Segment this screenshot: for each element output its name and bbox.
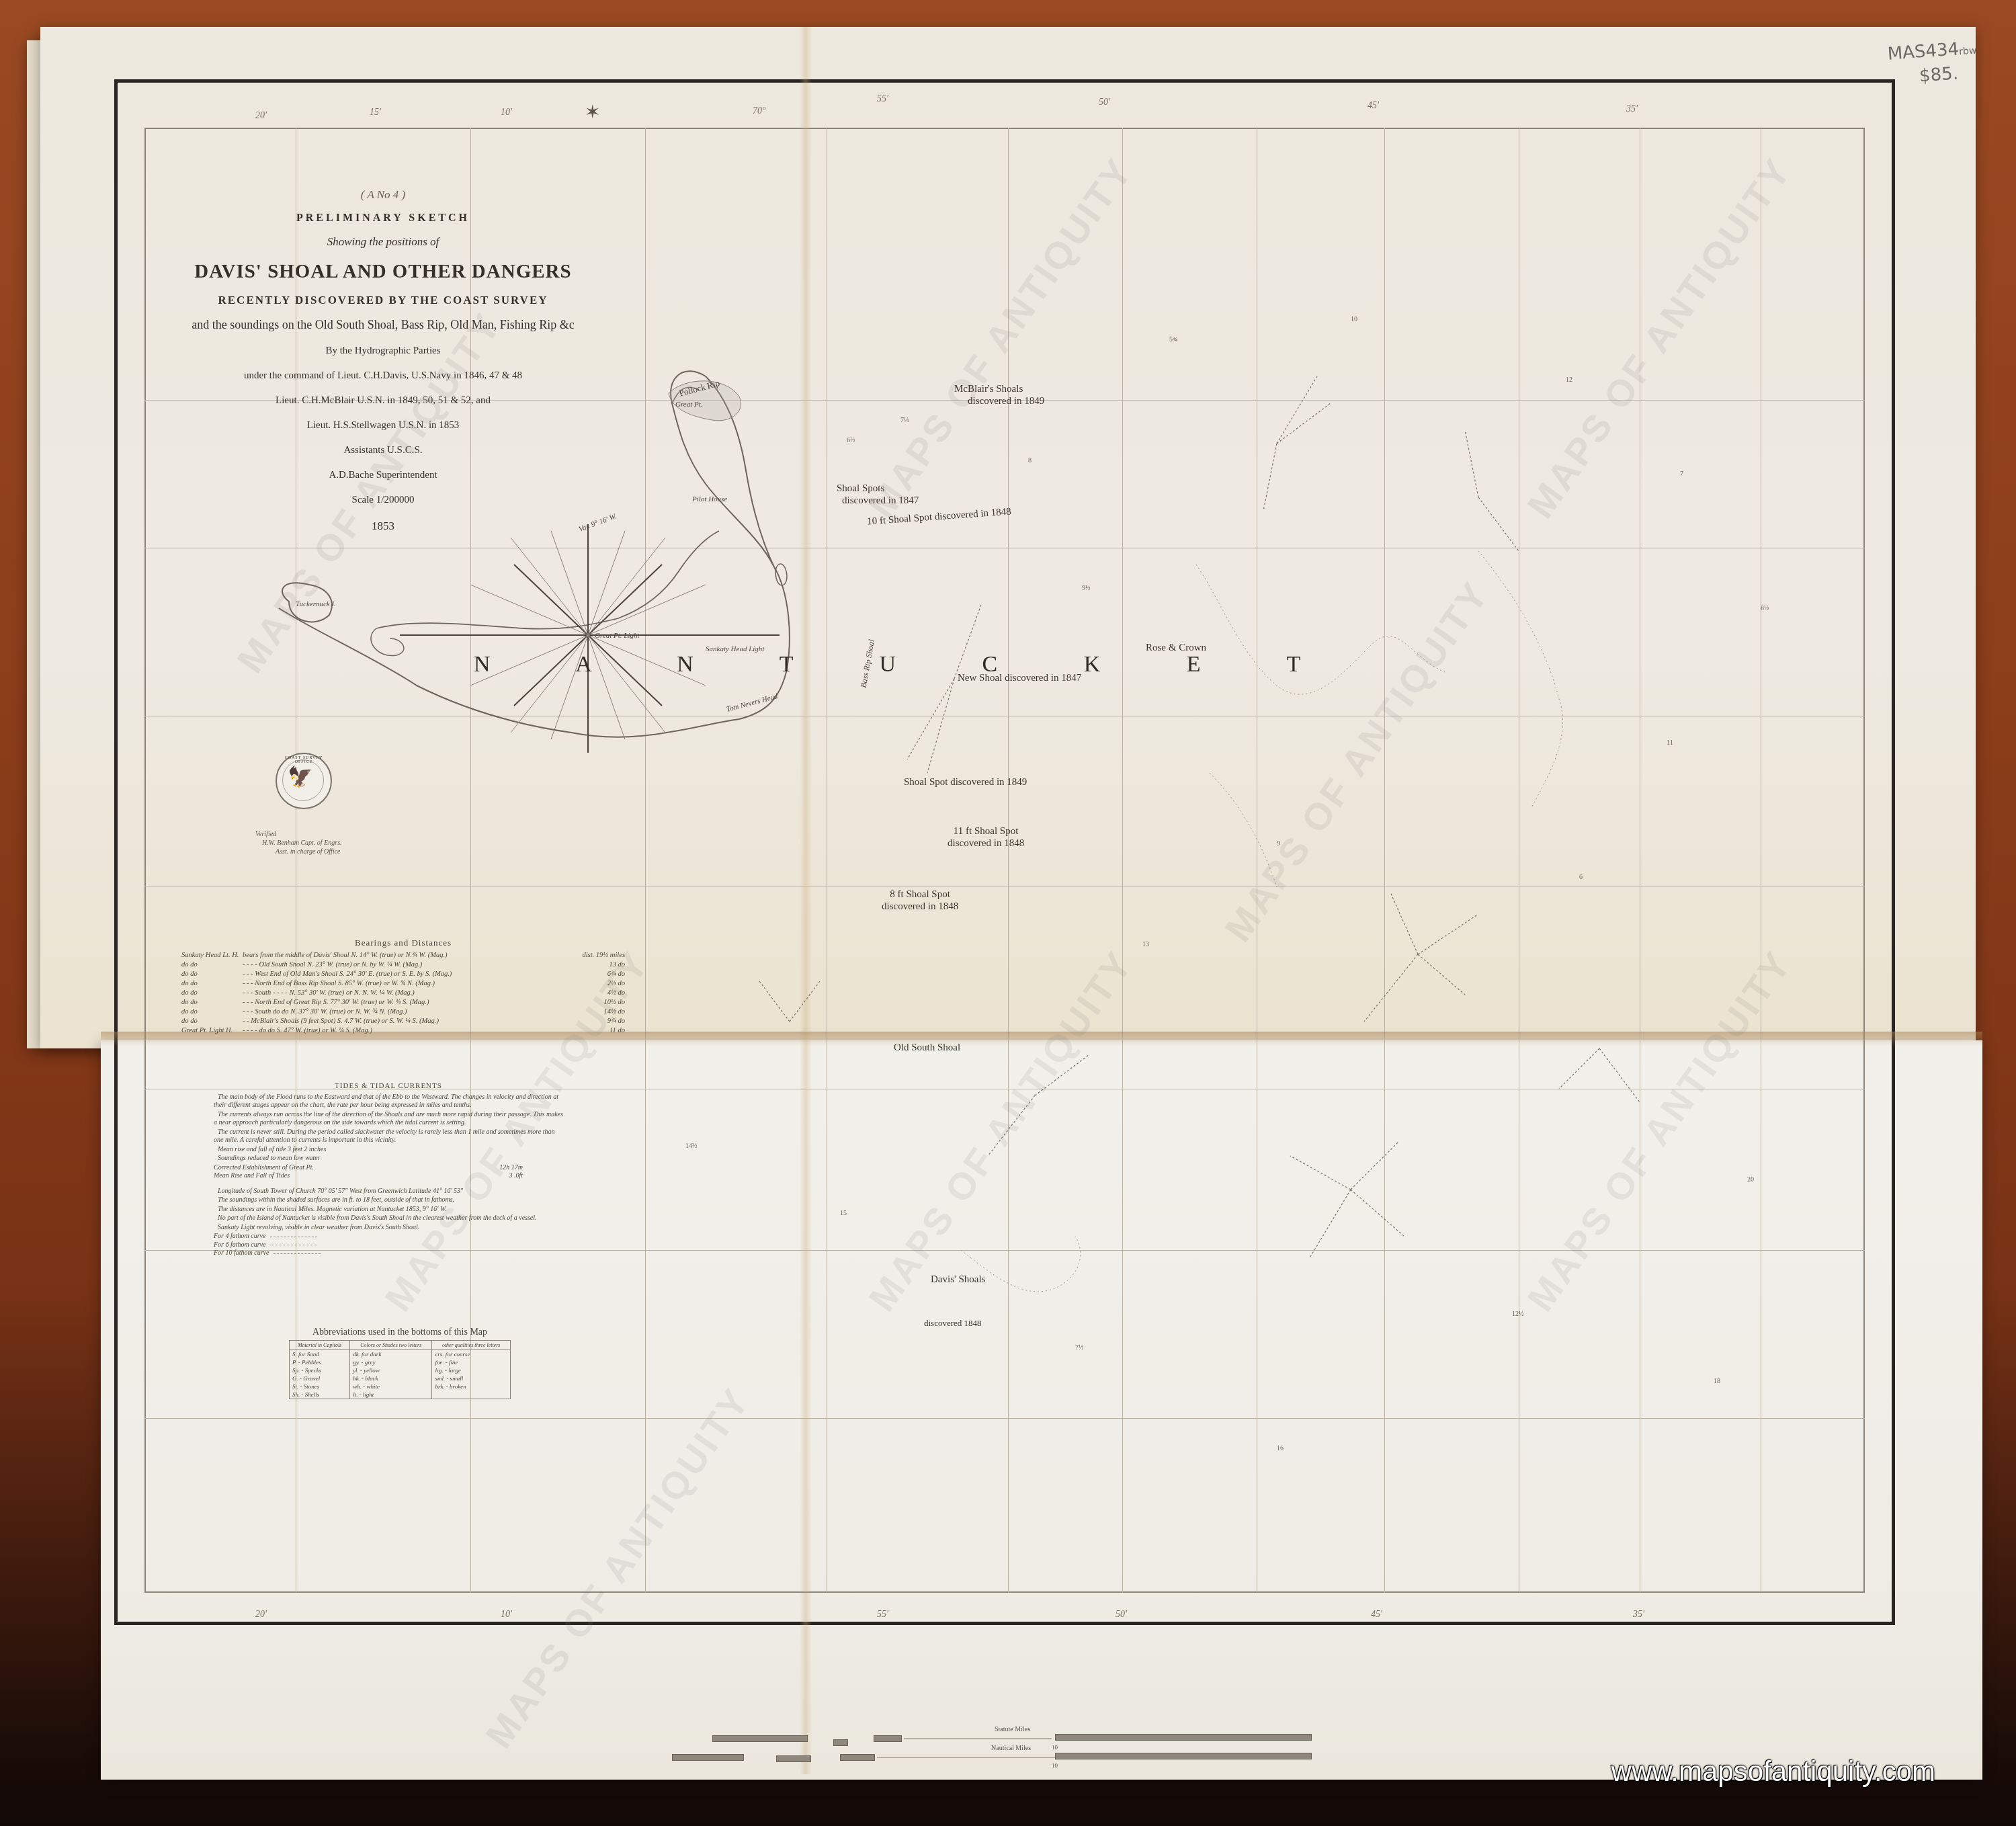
tides-mean-rise: Mean rise and fall of tide 3 feet 2 inch… [214,1146,563,1155]
label-davis-shoals-discovered: discovered 1848 [924,1317,982,1329]
nautical-scale-bar-long [1055,1753,1312,1759]
bearings-row: do do- - - North End of Bass Rip Shoal S… [181,979,625,989]
bearings-row: Great Pt. Light H.- - - - do do S. 47° W… [181,1026,625,1036]
parallel-line [144,716,1865,716]
nautical-scale-segment [776,1755,811,1762]
nautical-scale-segment [840,1754,875,1761]
depth-sounding: 12 [1566,376,1572,384]
tides-note: Longitude of South Tower of Church 70° 0… [214,1188,563,1196]
depth-sounding: 16 [1277,1445,1284,1452]
nautical-scale-line [877,1757,1055,1758]
title-recently: RECENTLY DISCOVERED BY THE COAST SURVEY [144,294,622,307]
label-old-south-shoal: Old South Shoal [894,1042,960,1054]
coast-survey-seal: COAST SURVEY OFFICE 🦅 [276,753,332,809]
abbr-row: Sp. - Specksyl. - yellowlrg. - large [290,1366,511,1374]
top-tick-label: 15' [370,108,381,118]
place-tuckernuck: Tuckernuck I. [296,600,336,608]
bearings-row: do do- - - West End of Old Man's Shoal S… [181,970,625,979]
depth-sounding: 10 [1351,316,1357,323]
place-pilot-house: Pilot House [692,495,727,503]
depth-sounding: 6 [1579,874,1583,881]
abbr-header: Material in Capitals [290,1341,350,1350]
seal-text: COAST SURVEY OFFICE [277,756,331,764]
top-tick-label: 50' [1099,97,1110,108]
top-tick-label: 70° [753,106,766,117]
chart-reference-number: ( A No 4 ) [144,188,622,202]
statute-miles-label: Statute Miles [995,1726,1030,1733]
depth-sounding: 8½ [1761,605,1769,612]
title-showing: Showing the positions of [144,235,622,249]
depth-sounding: 9½ [1082,585,1091,592]
legend-6-fathom-curve: For 6 fathom curve [214,1241,563,1250]
tides-paragraph: The currents always run across the line … [214,1111,563,1128]
legend-4-fathom-curve: For 4 fathom curve [214,1233,563,1241]
label-shoal-spot-1849: Shoal Spot discovered in 1849 [904,776,1027,788]
bearings-row: do do- - - South do do N. 37° 30' W. (tr… [181,1007,625,1017]
meridian-line [1257,128,1257,1593]
parallel-line [144,1418,1865,1419]
top-tick-label: 20' [255,111,267,122]
bearings-title: Bearings and Distances [181,938,625,948]
bearings-row: Sankaty Head Lt. H.bears from the middle… [181,951,625,960]
label-rose-crown: Rose & Crown [1146,642,1206,654]
top-tick-label: 55' [877,94,888,105]
pencil-price: $85. [1888,63,1959,88]
island-name-nantucket: N A N T U C K E T [474,652,1341,677]
place-great-pt-light: Great Pt. Light [595,632,640,640]
tides-note: No part of the Island of Nantucket is vi… [214,1214,563,1223]
parallel-line [144,548,1865,548]
meridian-line [645,128,646,1593]
meridian-line [1761,128,1761,1593]
bottom-tick-label: 50' [1116,1610,1127,1620]
depth-sounding: 14½ [685,1143,698,1150]
label-8ft-shoal: 8 ft Shoal Spotdiscovered in 1848 [882,888,958,913]
nautical-scale-bar [672,1754,744,1761]
meridian-line [1122,128,1123,1593]
place-great-point-light: Great Pt. [675,401,703,409]
top-tick-label: 45' [1368,101,1379,112]
title-preliminary: PRELIMINARY SKETCH [144,212,622,224]
depth-sounding: 7¼ [900,417,909,424]
title-command-davis: under the command of Lieut. C.H.Davis, U… [144,370,622,382]
title-year: 1853 [144,520,622,533]
nautical-scale-end: 10 [1052,1762,1058,1769]
bearings-row: do do- - - North End of Great Rip S. 77°… [181,998,625,1007]
tides-soundings-reduced: Soundings reduced to mean low water [214,1155,563,1163]
abbr-row: St. - Stoneswh. - whitebrk. - broken [290,1382,511,1391]
statute-scale-segment [833,1739,848,1746]
top-tick-label: 10' [501,108,512,118]
depth-sounding: 5¾ [1169,336,1178,343]
parallel-line [144,886,1865,886]
meridian-line [1519,128,1519,1593]
nautical-miles-label: Nautical Miles [991,1745,1031,1752]
depth-sounding: 9 [1277,840,1280,847]
label-davis-shoals: Davis' Shoals [931,1274,985,1286]
abbr-row: P. - Pebblesgy. - greyfne. - fine [290,1358,511,1366]
pencil-inventory-note: MAS434rbw $85. [1887,37,1979,89]
bottom-tick-label: 10' [501,1610,512,1620]
depth-sounding: 20 [1747,1176,1754,1184]
title-soundings: and the soundings on the Old South Shoal… [144,318,622,332]
abbr-header: Colors or Shades two letters [350,1341,432,1350]
star-marker-icon: ✶ [585,101,600,124]
meridian-line [1640,128,1640,1593]
depth-sounding: 8 [1028,457,1032,464]
depth-sounding: 13 [1142,941,1149,948]
abbr-header: other qualities three letters [432,1341,511,1350]
abbr-row: S. for Sanddk. for darkcrs. for coarse [290,1350,511,1359]
title-command-stellwagen: Lieut. H.S.Stellwagen U.S.N. in 1853 [144,420,622,431]
bottom-tick-label: 20' [255,1610,267,1620]
depth-sounding: 18 [1714,1378,1720,1385]
bearings-table: Bearings and Distances Sankaty Head Lt. … [181,938,625,1036]
bearings-row: do do- - McBlair's Shoals (9 feet Spot) … [181,1017,625,1026]
abbr-row: G. - Gravelbk. - blacksml. - small [290,1374,511,1382]
statute-scale-line [904,1738,1052,1739]
title-superintendent: A.D.Bache Superintendent [144,470,622,481]
title-scale: Scale 1/200000 [144,495,622,506]
bottom-tick-label: 35' [1633,1610,1644,1620]
meridian-line [1008,128,1009,1593]
site-url-watermark: www.mapsofantiquity.com [1611,1755,1935,1788]
legend-10-fathom-curve: For 10 fathom curve [214,1249,563,1258]
label-11ft-shoal: 11 ft Shoal Spotdiscovered in 1848 [948,825,1024,849]
tides-paragraph: The main body of the Flood runs to the E… [214,1093,563,1110]
bearings-row: do do- - - - Old South Shoal N. 23° W. (… [181,960,625,970]
vertical-fold [800,27,812,1774]
depth-sounding: 7 [1680,470,1683,478]
bottom-tick-label: 45' [1371,1610,1382,1620]
statute-scale-end: 10 [1052,1744,1058,1751]
tides-note: The distances are in Nautical Miles. Mag… [214,1206,563,1214]
tides-notes: TIDES & TIDAL CURRENTS The main body of … [214,1082,563,1258]
bottom-tick-label: 55' [877,1610,888,1620]
label-shoal-spots-1847: Shoal Spotsdiscovered in 1847 [837,483,919,507]
abbr-row: Sh. - Shellslt. - light [290,1391,511,1399]
pencil-code: MAS434 [1887,39,1960,64]
title-by-parties: By the Hydrographic Parties [144,345,622,357]
abbreviations-table: Abbreviations used in the bottoms of thi… [289,1327,511,1399]
label-new-shoal-1847: New Shoal discovered in 1847 [958,672,1081,684]
tides-paragraph: The current is never still. During the p… [214,1128,563,1145]
title-assistants: Assistants U.S.C.S. [144,445,622,456]
statute-scale-segment [874,1735,902,1742]
tides-title: TIDES & TIDAL CURRENTS [214,1082,563,1091]
depth-sounding: 11 [1667,739,1673,747]
depth-sounding: 12½ [1512,1311,1524,1318]
title-command-mcblair: Lieut. C.H.McBlair U.S.N. in 1849, 50, 5… [144,395,622,407]
depth-sounding: 15 [840,1210,847,1217]
meridian-line [1384,128,1385,1593]
depth-sounding: 6½ [847,437,855,444]
verification-signature: Verified H.W. Benham Capt. of Engrs. Ass… [255,830,342,856]
statute-scale-bar-long [1055,1734,1312,1741]
tides-mean-rise-fall: Mean Rise and Fall of Tides3 .0ft [214,1172,563,1181]
meridian-line [827,128,827,1593]
title-cartouche: ( A No 4 ) PRELIMINARY SKETCH Showing th… [144,188,622,533]
abbreviations-grid: Material in Capitals Colors or Shades tw… [289,1340,511,1399]
tides-note: The soundings within the shaded surfaces… [214,1196,563,1205]
eagle-icon: 🦅 [288,767,312,788]
place-sankaty-light: Sankaty Head Light [706,645,764,653]
tides-note: Sankaty Light revolving, visible in clea… [214,1224,563,1233]
page-title: DAVIS' SHOAL AND OTHER DANGERS [144,261,622,283]
label-mcblairs-shoals: McBlair's Shoalsdiscovered in 1849 [954,383,1044,407]
top-tick-label: 35' [1626,104,1638,115]
tides-establishment: Corrected Establishment of Great Pt.12h … [214,1164,563,1173]
statute-scale-bar [712,1735,808,1742]
abbreviations-title: Abbreviations used in the bottoms of thi… [289,1327,511,1338]
depth-sounding: 7½ [1075,1344,1084,1352]
pencil-code-suffix: rbw [1959,45,1977,57]
bearings-row: do do- - - South - - - - N. 53° 30' W. (… [181,989,625,998]
